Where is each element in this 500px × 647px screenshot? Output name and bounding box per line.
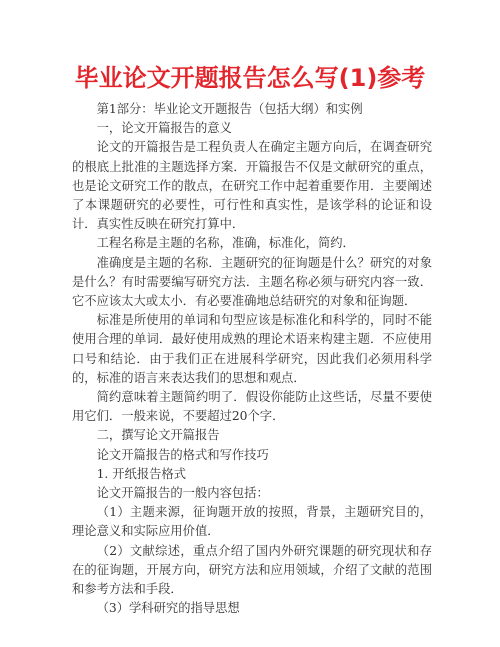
paragraph: 工程名称是主题的名称，准确，标准化，简约． — [72, 234, 432, 253]
document-page: 毕业论文开题报告怎么写(1)参考 第1部分：毕业论文开题报告（包括大纲）和实例 … — [0, 0, 500, 647]
document-title: 毕业论文开题报告怎么写(1)参考 — [0, 62, 500, 94]
list-item: （3）学科研究的指导思想 — [72, 599, 432, 618]
paragraph: 准确度是主题的名称．主题研究的征询题是什么？研究的对象是什么？有时需要编写研究方… — [72, 254, 432, 312]
subheading: 1. 开纸报告格式 — [72, 465, 432, 484]
paragraph: 论文开篇报告的一般内容包括： — [72, 484, 432, 503]
paragraph: 简约意味着主题简约明了．假设你能防止这些话，尽量不要使用它们．一般来说，不要超过… — [72, 388, 432, 426]
section-heading: 二，撰写论文开篇报告 — [72, 426, 432, 445]
list-item: （2）文献综述，重点介绍了国内外研究课题的研究现状和存在的征询题，开展方向，研究… — [72, 542, 432, 600]
paragraph: 论文的开篇报告是工程负责人在确定主题方向后，在调查研究的根底上批准的主题选择方案… — [72, 138, 432, 234]
section-heading: 第1部分：毕业论文开题报告（包括大纲）和实例 — [72, 100, 432, 119]
document-body: 第1部分：毕业论文开题报告（包括大纲）和实例 一，论文开篇报告的意义 论文的开篇… — [72, 100, 432, 618]
list-item: （1）主题来源，征询题开放的按照，背景，主题研究目的，理论意义和实际应用价值． — [72, 503, 432, 541]
section-heading: 一，论文开篇报告的意义 — [72, 119, 432, 138]
paragraph: 标准是所使用的单词和句型应该是标准化和科学的，同时不能使用合理的单词．最好使用成… — [72, 311, 432, 388]
subheading: 论文开篇报告的格式和写作技巧 — [72, 446, 432, 465]
